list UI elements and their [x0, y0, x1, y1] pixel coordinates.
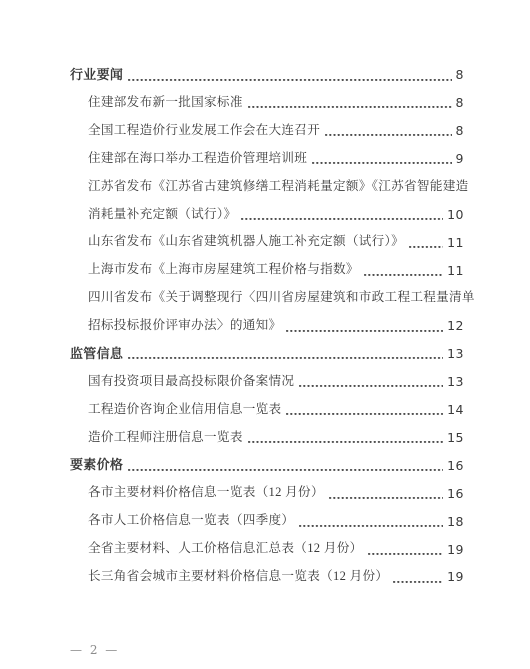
toc-section-title: 要素价格 — [70, 458, 123, 472]
toc-page-number: 13 — [447, 376, 464, 389]
toc-page-number: 14 — [447, 404, 464, 417]
toc-item-row: 招标投标报价评审办法〉的通知》12 — [70, 311, 464, 339]
toc-entry-title: 国有投资项目最高投标限价备案情况 — [88, 375, 294, 389]
toc-item-row: 全省主要材料、人工价格信息汇总表（12 月份）19 — [70, 534, 464, 562]
dot-leader — [286, 413, 443, 415]
toc-entry-title: 全国工程造价行业发展工作会在大连召开 — [88, 124, 320, 138]
toc-item-row: 造价工程师注册信息一览表15 — [70, 423, 464, 451]
toc-entry-title: 全省主要材料、人工价格信息汇总表（12 月份） — [88, 542, 363, 556]
dot-leader — [312, 162, 451, 164]
toc-entry-title: 消耗量补充定额（试行）》 — [88, 208, 236, 222]
toc-page-number: 11 — [447, 265, 464, 278]
toc-entry-title: 四川省发布《关于调整现行〈四川省房屋建筑和市政工程工程量清单 — [88, 291, 475, 305]
dot-leader — [325, 134, 451, 136]
dot-leader — [299, 385, 443, 387]
toc-entry-title: 各市主要材料价格信息一览表（12 月份） — [88, 486, 324, 500]
toc-entry-title: 江苏省发布《江苏省古建筑修缮工程消耗量定额》《江苏省智能建造 — [88, 180, 469, 194]
toc-item-row: 消耗量补充定额（试行）》10 — [70, 199, 464, 227]
toc-page-number: 9 — [456, 153, 464, 166]
toc-entry-title: 工程造价咨询企业信用信息一览表 — [88, 403, 281, 417]
toc-item-row: 各市主要材料价格信息一览表（12 月份）16 — [70, 478, 464, 506]
toc-item-row: 江苏省发布《江苏省古建筑修缮工程消耗量定额》《江苏省智能建造 — [70, 172, 464, 200]
dot-leader — [286, 330, 443, 332]
toc-section-row: 行业要闻8 — [70, 60, 464, 88]
toc-page-number: 12 — [447, 320, 464, 333]
dot-leader — [248, 106, 452, 108]
toc-item-row: 住建部发布新一批国家标准8 — [70, 88, 464, 116]
dot-leader — [248, 441, 443, 443]
toc-item-row: 住建部在海口举办工程造价管理培训班9 — [70, 144, 464, 172]
toc-page-number: 10 — [447, 209, 464, 222]
toc-item-row: 各市人工价格信息一览表（四季度）18 — [70, 506, 464, 534]
dot-leader — [393, 581, 443, 583]
table-of-contents: 行业要闻8住建部发布新一批国家标准8全国工程造价行业发展工作会在大连召开8住建部… — [70, 60, 464, 590]
toc-page-number: 19 — [447, 544, 464, 557]
toc-page-number: 18 — [447, 516, 464, 529]
toc-entry-title: 上海市发布《上海市房屋建筑工程价格与指数》 — [88, 263, 359, 277]
toc-item-row: 工程造价咨询企业信用信息一览表14 — [70, 395, 464, 423]
toc-entry-title: 造价工程师注册信息一览表 — [88, 431, 243, 445]
dot-leader — [409, 246, 443, 248]
toc-entry-title: 住建部在海口举办工程造价管理培训班 — [88, 152, 307, 166]
toc-item-row: 全国工程造价行业发展工作会在大连召开8 — [70, 116, 464, 144]
toc-item-row: 上海市发布《上海市房屋建筑工程价格与指数》11 — [70, 255, 464, 283]
toc-entry-title: 招标投标报价评审办法〉的通知》 — [88, 319, 281, 333]
toc-section-row: 监管信息13 — [70, 339, 464, 367]
dot-leader — [329, 497, 443, 499]
toc-section-title: 行业要闻 — [70, 68, 123, 82]
toc-entry-title: 长三角省会城市主要材料价格信息一览表（12 月份） — [88, 570, 388, 584]
toc-item-row: 国有投资项目最高投标限价备案情况13 — [70, 367, 464, 395]
toc-entry-title: 各市人工价格信息一览表（四季度） — [88, 514, 294, 528]
dot-leader — [128, 469, 443, 471]
toc-page-number: 8 — [456, 69, 464, 82]
dot-leader — [241, 218, 443, 220]
toc-item-row: 山东省发布《山东省建筑机器人施工补充定额（试行）》11 — [70, 227, 464, 255]
dot-leader — [364, 274, 443, 276]
toc-page-number: 15 — [447, 432, 464, 445]
toc-section-title: 监管信息 — [70, 347, 123, 361]
dot-leader — [368, 553, 444, 555]
footer-page-number: — 2 — — [70, 643, 119, 657]
toc-section-row: 要素价格16 — [70, 450, 464, 478]
toc-page-number: 8 — [456, 97, 464, 110]
toc-item-row: 四川省发布《关于调整现行〈四川省房屋建筑和市政工程工程量清单 — [70, 283, 464, 311]
toc-page-number: 19 — [447, 571, 464, 584]
toc-entry-title: 住建部发布新一批国家标准 — [88, 96, 243, 110]
toc-page-number: 16 — [447, 488, 464, 501]
toc-entry-title: 山东省发布《山东省建筑机器人施工补充定额（试行）》 — [88, 235, 404, 249]
toc-page-number: 11 — [447, 237, 464, 250]
toc-page-number: 8 — [456, 125, 464, 138]
toc-page-number: 16 — [447, 460, 464, 473]
dot-leader — [299, 525, 443, 527]
toc-item-row: 长三角省会城市主要材料价格信息一览表（12 月份）19 — [70, 562, 464, 590]
toc-page-number: 13 — [447, 348, 464, 361]
dot-leader — [128, 357, 443, 359]
dot-leader — [128, 79, 451, 81]
